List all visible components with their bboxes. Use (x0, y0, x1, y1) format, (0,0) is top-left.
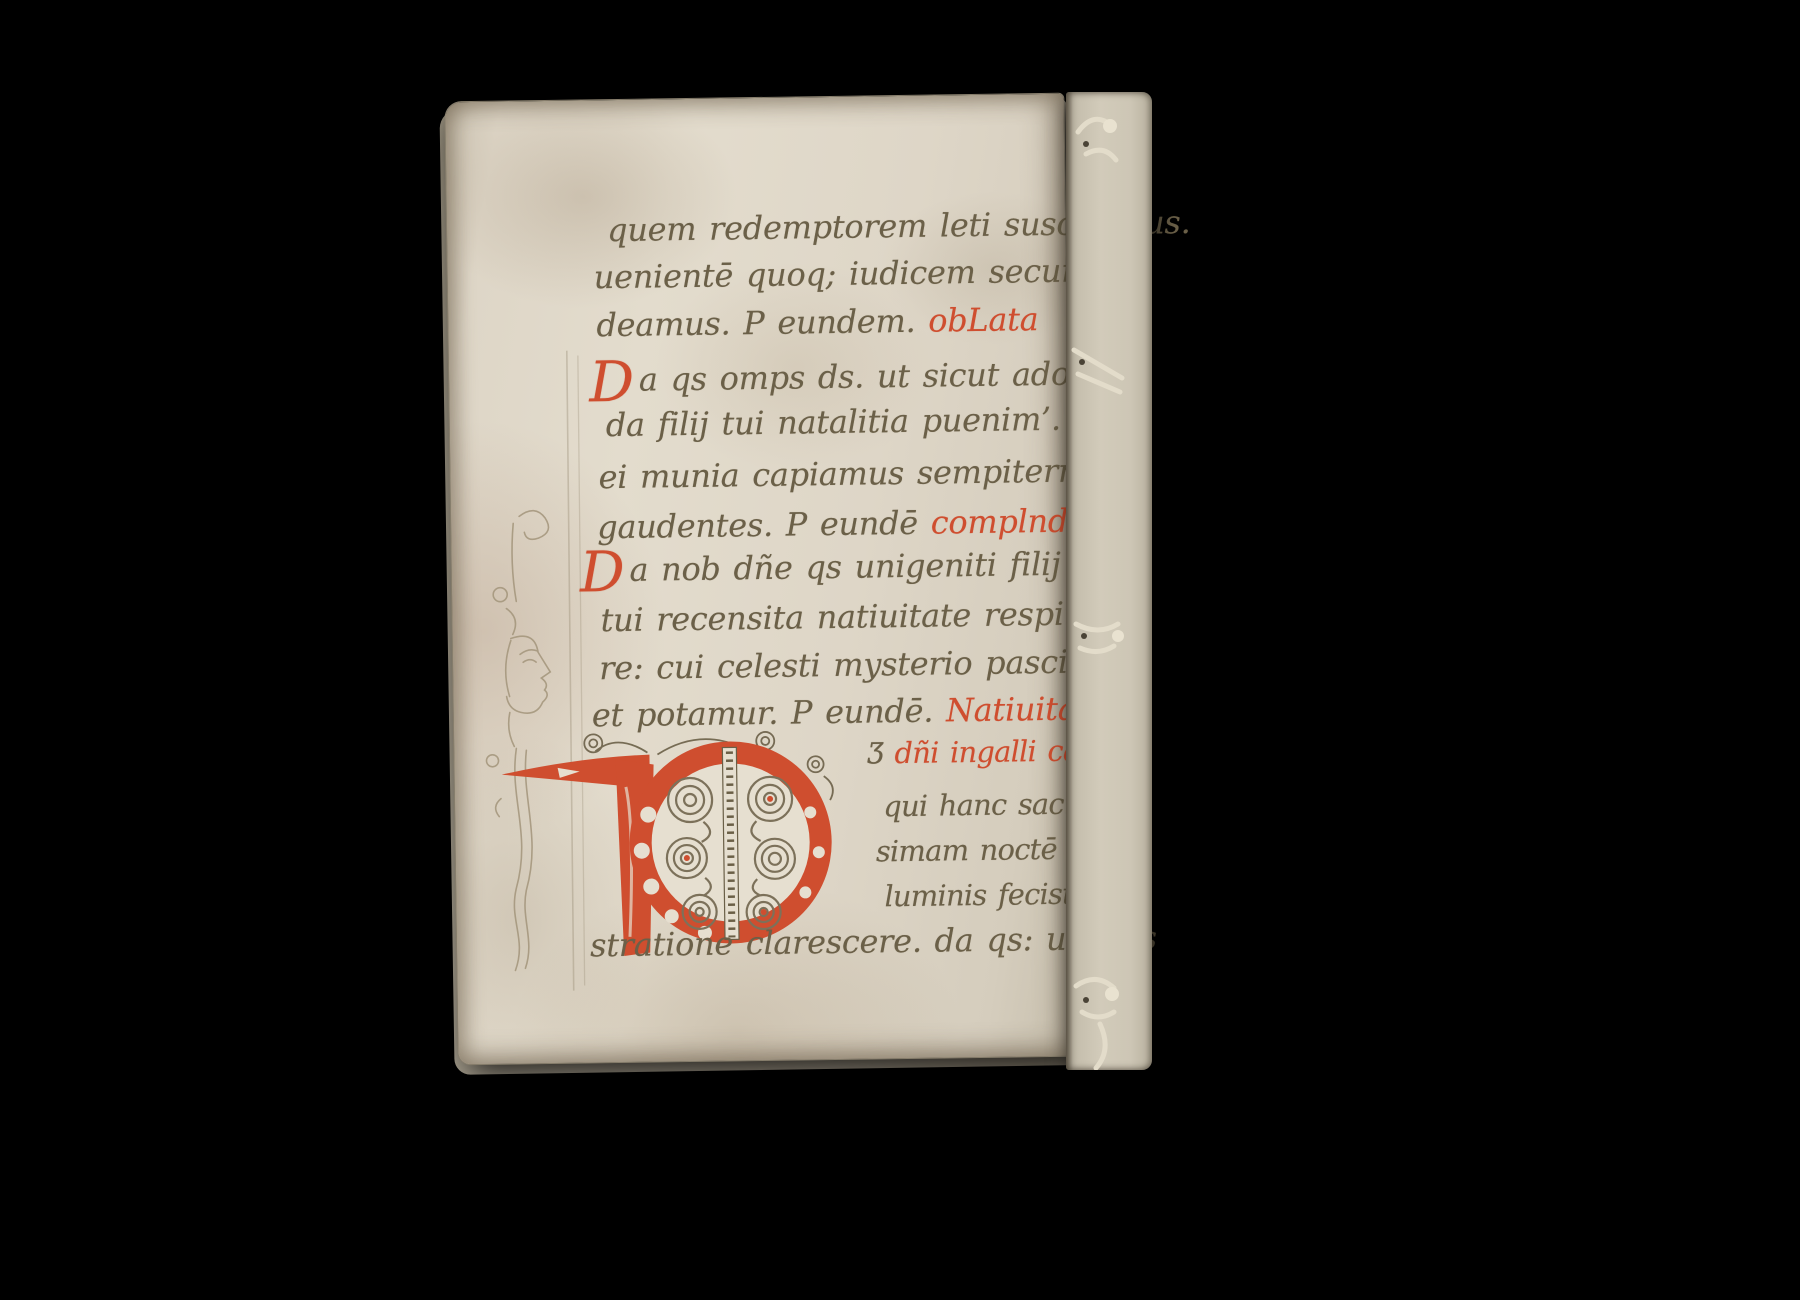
binding-threads (1066, 92, 1152, 1070)
text-line: gaudentes. P eundē complnd’ (597, 501, 1078, 548)
facing-page-edge (1066, 92, 1152, 1070)
text-line: deamus. P eundem. obLata (596, 299, 1039, 345)
text-segment: a qs omps ds. ut sicut adoran (639, 354, 1125, 399)
text-segment: gaudentes. P eundē (597, 504, 931, 547)
text-segment: a nob dñe qs unigeniti filij (629, 545, 1061, 589)
text-line: Da qs omps ds. ut sicut adoran (589, 353, 1124, 400)
text-line: re: cui celesti mysterio pascimur (599, 641, 1133, 688)
text-segment: tui recensita natiuitate respira (600, 594, 1098, 639)
text-segment: ei munia capiamus sempiterna (598, 451, 1097, 496)
text-segment: re: cui celesti mysterio pascimur (599, 642, 1133, 687)
text-line: tui recensita natiuitate respira (600, 593, 1098, 640)
text-segment: obLata (928, 300, 1039, 340)
manuscript-page: quem redemptorem leti suscipimus.uenient… (445, 94, 1076, 1065)
text-segment: complnd’ (930, 502, 1078, 542)
text-segment: deamus. P eundem. (596, 302, 928, 345)
text-line: et potamur. P eundē. Natiuitas (592, 688, 1093, 735)
text-segment: Ʒ (867, 736, 894, 770)
text-line: Da nob dñe qs unigeniti filij (580, 544, 1061, 591)
text-line: uenientē quoq; iudicem securi ui (593, 250, 1129, 297)
initial-capital: D (579, 540, 625, 606)
text-block: quem redemptorem leti suscipimus.uenient… (445, 94, 1076, 1065)
text-segment: da filij tui natalitia puenim’. sic (606, 399, 1118, 444)
photograph-background: quem redemptorem leti suscipimus.uenient… (0, 0, 1800, 1300)
text-line: ei munia capiamus sempiterna (598, 450, 1097, 497)
text-line: da filij tui natalitia puenim’. sic (606, 398, 1118, 445)
text-segment: uenientē quoq; iudicem securi ui (594, 251, 1130, 296)
text-segment: et potamur. P eundē. (592, 691, 947, 734)
